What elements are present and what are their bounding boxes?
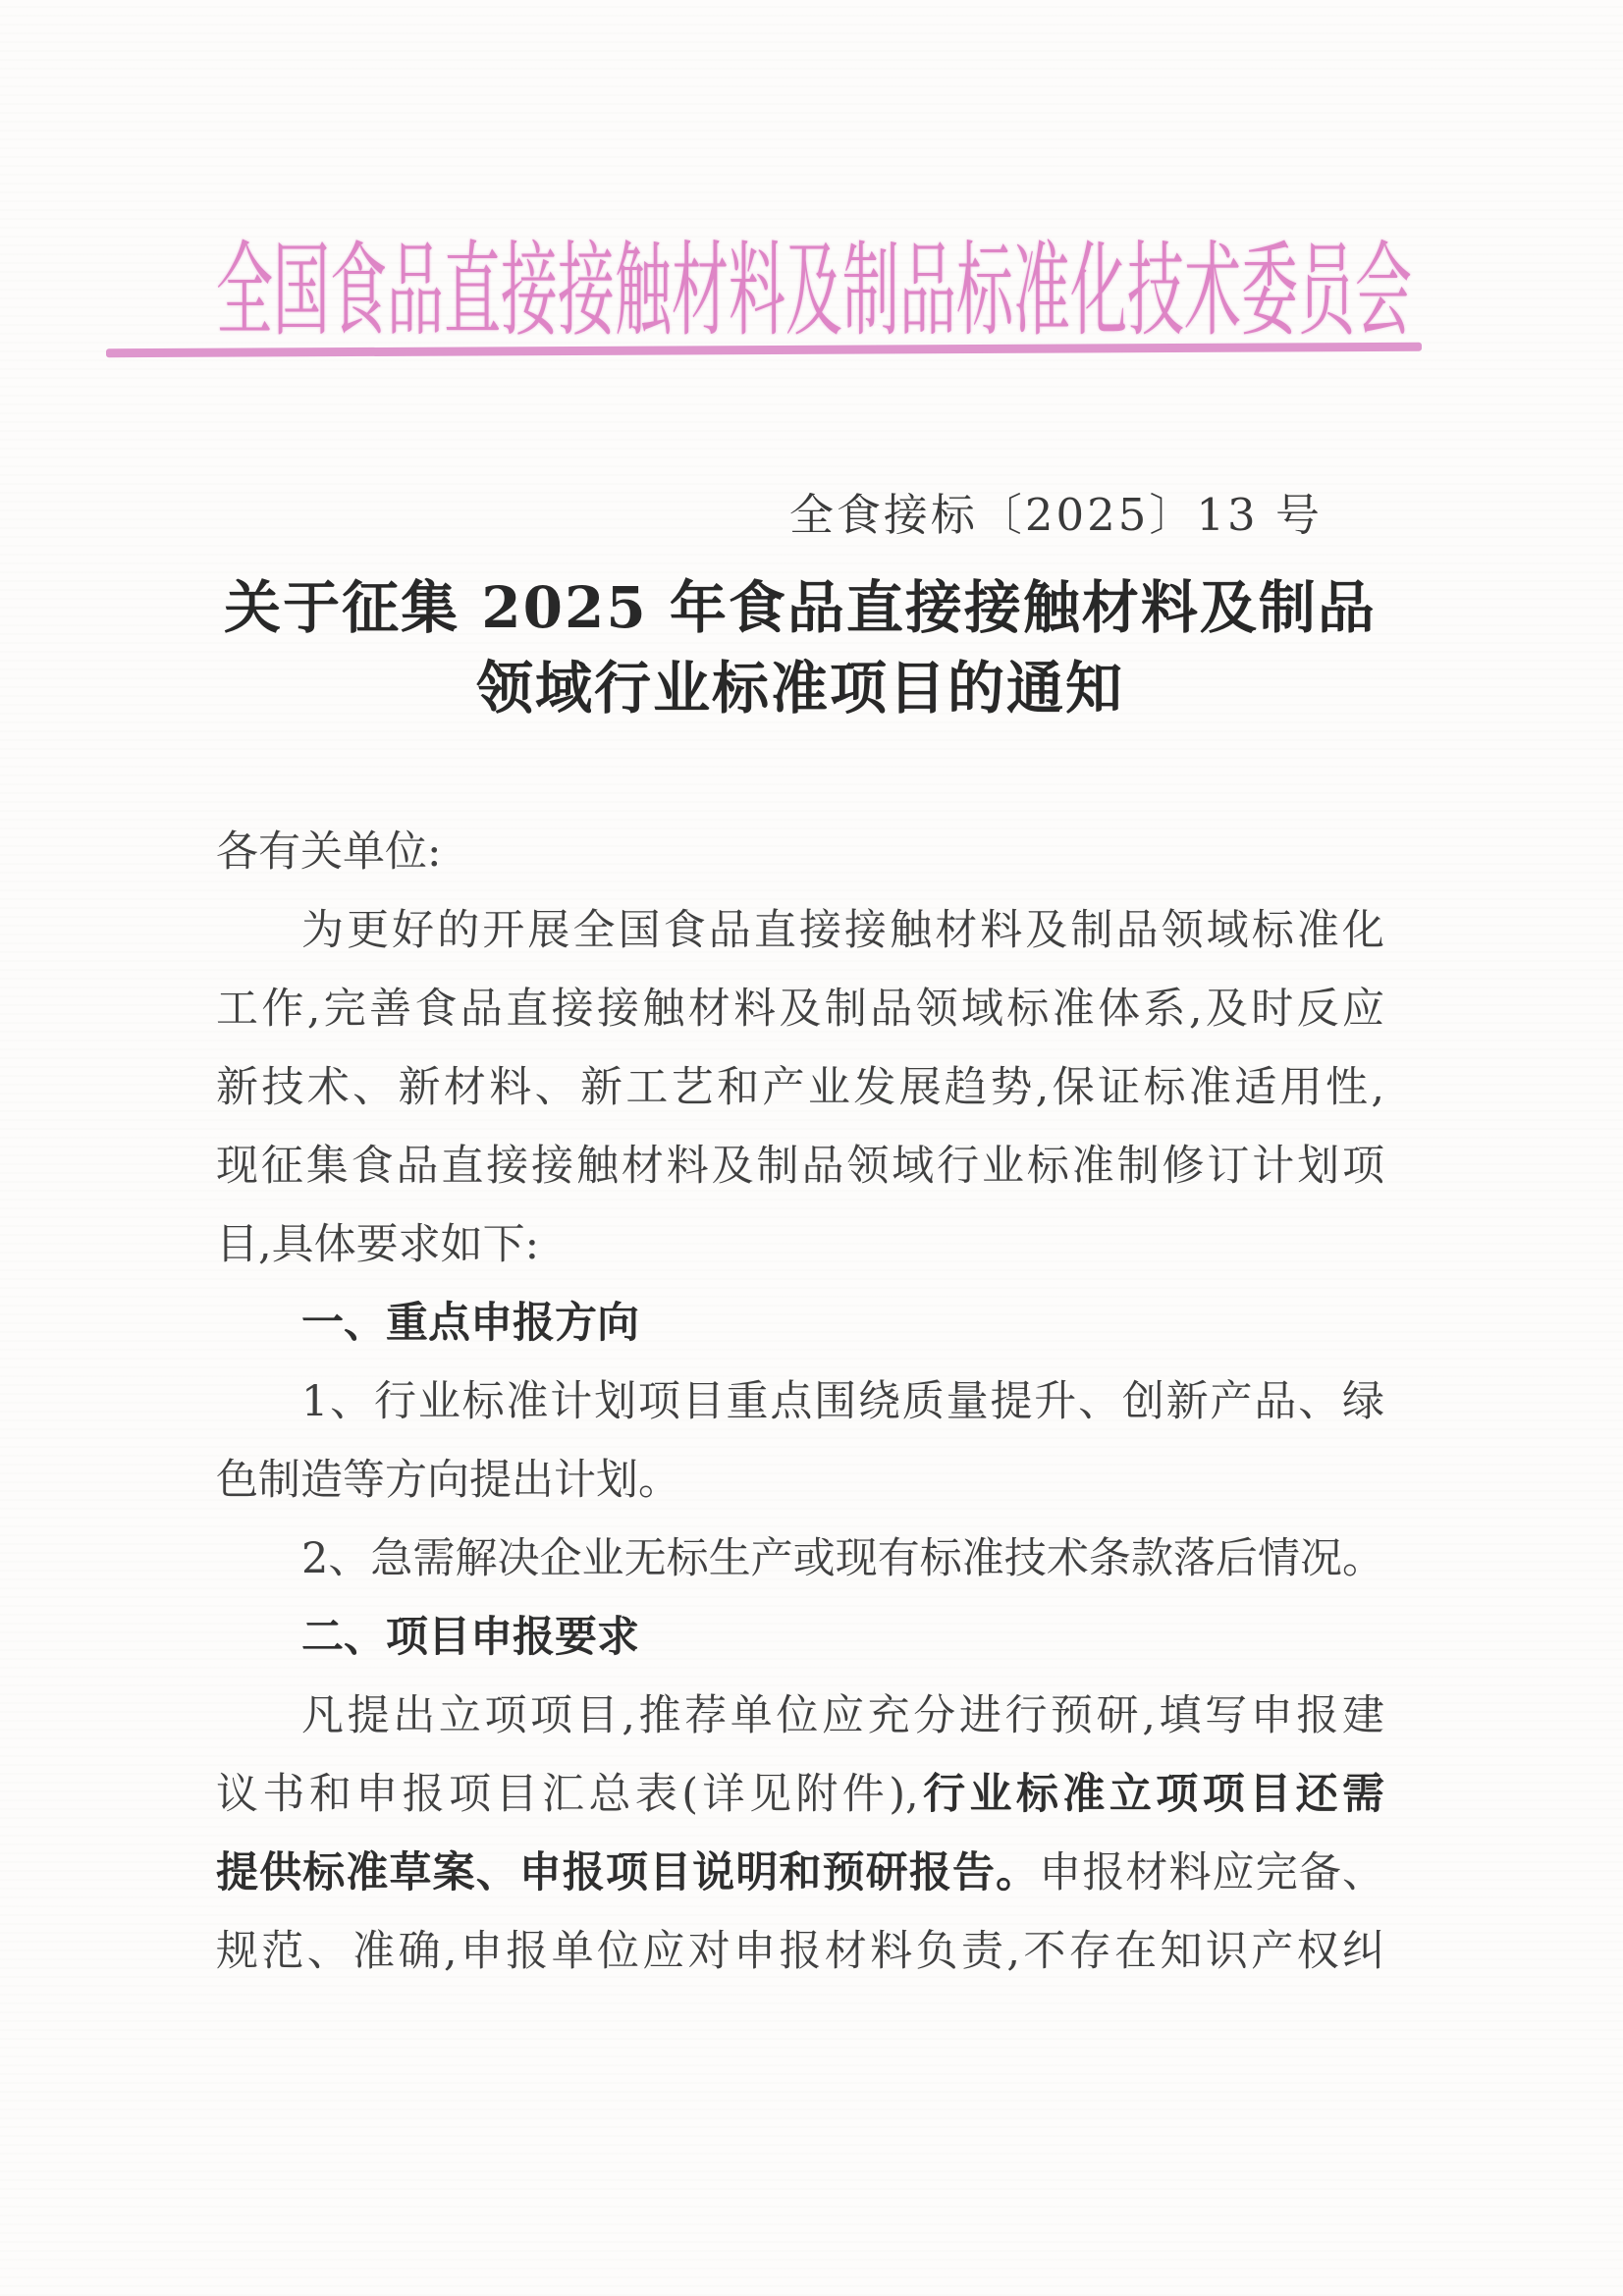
document-title: 关于征集 2025 年食品直接接触材料及制品 领域行业标准项目的通知 bbox=[216, 567, 1384, 728]
emphasis-text: 二、项目申报要求 bbox=[301, 1613, 639, 1662]
body-line: 1、行业标准计划项目重点围绕质量提升、创新产品、绿 bbox=[216, 1362, 1384, 1441]
body-line: 目,具体要求如下: bbox=[216, 1205, 1384, 1284]
title-line-2: 领域行业标准项目的通知 bbox=[216, 648, 1384, 728]
body-segment: 凡提出立项项目,推荐单位应充分进行预研,填写申报建 bbox=[301, 1691, 1384, 1740]
emphasis-text: 一、重点申报方向 bbox=[301, 1299, 639, 1348]
body-segment: 为更好的开展全国食品直接接触材料及制品领域标准化 bbox=[301, 906, 1384, 955]
body-segment: 议书和申报项目汇总表(详见附件), bbox=[216, 1770, 919, 1819]
body-text: 各有关单位:为更好的开展全国食品直接接触材料及制品领域标准化工作,完善食品直接接… bbox=[216, 813, 1384, 1991]
body-line: 凡提出立项项目,推荐单位应充分进行预研,填写申报建 bbox=[216, 1677, 1384, 1755]
body-line: 各有关单位: bbox=[216, 813, 1384, 891]
title-line-1: 关于征集 2025 年食品直接接触材料及制品 bbox=[216, 567, 1384, 648]
body-segment: 色制造等方向提出计划。 bbox=[216, 1456, 680, 1505]
body-segment: 各有关单位: bbox=[216, 828, 442, 877]
body-line: 规范、准确,申报单位应对申报材料负责,不存在知识产权纠 bbox=[216, 1912, 1384, 1991]
body-line: 二、项目申报要求 bbox=[216, 1598, 1384, 1677]
body-segment: 2、急需解决企业无标生产或现有标准技术条款落后情况。 bbox=[301, 1534, 1384, 1583]
body-line: 新技术、新材料、新工艺和产业发展趋势,保证标准适用性, bbox=[216, 1048, 1384, 1127]
body-segment: 规范、准确,申报单位应对申报材料负责,不存在知识产权纠 bbox=[216, 1927, 1384, 1976]
body-segment: 现征集食品直接接触材料及制品领域行业标准制修订计划项 bbox=[216, 1142, 1384, 1191]
body-line: 为更好的开展全国食品直接接触材料及制品领域标准化 bbox=[216, 891, 1384, 970]
document-page: 全国食品直接接触材料及制品标准化技术委员会 全食接标〔2025〕13 号 关于征… bbox=[0, 0, 1623, 2296]
emphasis-text: 提供标准草案、申报项目说明和预研报告。 bbox=[216, 1848, 1039, 1897]
body-segment: 新技术、新材料、新工艺和产业发展趋势,保证标准适用性, bbox=[216, 1063, 1384, 1112]
body-line: 议书和申报项目汇总表(详见附件),行业标准立项项目还需 bbox=[216, 1755, 1384, 1834]
doc-number: 全食接标〔2025〕13 号 bbox=[789, 479, 1323, 543]
body-line: 现征集食品直接接触材料及制品领域行业标准制修订计划项 bbox=[216, 1127, 1384, 1205]
body-line: 一、重点申报方向 bbox=[216, 1284, 1384, 1362]
body-line: 工作,完善食品直接接触材料及制品领域标准体系,及时反应 bbox=[216, 970, 1384, 1048]
body-segment: 1、行业标准计划项目重点围绕质量提升、创新产品、绿 bbox=[301, 1377, 1384, 1426]
body-segment: 申报材料应完备、 bbox=[1039, 1848, 1384, 1897]
body-segment: 目,具体要求如下: bbox=[216, 1220, 539, 1269]
body-line: 提供标准草案、申报项目说明和预研报告。申报材料应完备、 bbox=[216, 1834, 1384, 1912]
body-line: 2、急需解决企业无标生产或现有标准技术条款落后情况。 bbox=[216, 1520, 1384, 1598]
letterhead-org-name: 全国食品直接接触材料及制品标准化技术委员会 bbox=[216, 240, 1412, 342]
body-segment: 工作,完善食品直接接触材料及制品领域标准体系,及时反应 bbox=[216, 985, 1384, 1034]
body-line: 色制造等方向提出计划。 bbox=[216, 1441, 1384, 1520]
emphasis-text: 行业标准立项项目还需 bbox=[919, 1770, 1384, 1819]
